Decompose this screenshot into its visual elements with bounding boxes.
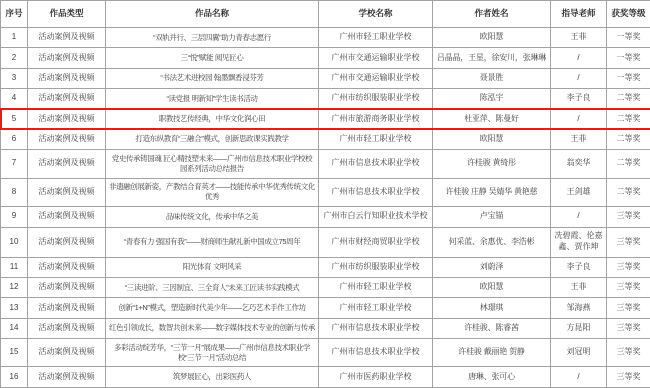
cell-type: 活动案例及视频	[28, 227, 106, 257]
cell-type: 活动案例及视频	[28, 28, 106, 48]
cell-teacher: 刘冠明	[551, 338, 607, 367]
cell-award: 二等奖	[607, 150, 650, 179]
cell-no: 11	[1, 257, 28, 277]
table-row: 8 活动案例及视频 非遗融创展新姿，产教结合育英才——技能传承中华优秀传统文化优…	[1, 178, 650, 207]
cell-title: 阳光体育 文明风采	[106, 257, 319, 277]
cell-title: 筑梦展匠心，出彩医药人	[106, 367, 319, 388]
cell-type: 活动案例及视频	[28, 207, 106, 227]
awards-table: 序号 作品类型 作品名称 学校名称 作者姓名 指导老师 获奖等级 1 活动案例及…	[0, 0, 650, 388]
cell-authors: 欧阳慧	[433, 129, 551, 149]
cell-no: 1	[1, 28, 28, 48]
cell-no: 14	[1, 318, 28, 338]
table-row: 6 活动案例及视频 打造东纵教育“三融合”模式，创新思政课实践教学 广州市轻工职…	[1, 129, 650, 149]
table-row: 15 活动案例及视频 多彩活动绽芳华，“三节一月”展成果——广州市信息技术职业学…	[1, 338, 650, 367]
cell-type: 活动案例及视频	[28, 68, 106, 88]
cell-teacher: 李子良	[551, 257, 607, 277]
cell-title: 职教技艺传经典，中华文化润心田	[106, 109, 319, 129]
cell-teacher: 方昆阳	[551, 318, 607, 338]
cell-school: 广州市轻工职业学校	[319, 28, 433, 48]
cell-type: 活动案例及视频	[28, 257, 106, 277]
cell-school: 广州市轻工职业学校	[319, 129, 433, 149]
column-header-no: 序号	[1, 1, 28, 28]
cell-title: 非遗融创展新姿，产教结合育英才——技能传承中华优秀传统文化优秀	[106, 178, 319, 207]
cell-award: 三等奖	[607, 227, 650, 257]
cell-authors: 许桂骏、陈睿茜	[433, 318, 551, 338]
cell-school: 广州市信息技术职业学校	[319, 318, 433, 338]
cell-title: 红色引领成长，数智共创未来——数字媒体技术专业的创新与传承	[106, 318, 319, 338]
cell-no: 9	[1, 207, 28, 227]
cell-authors: 欧阳慧	[433, 28, 551, 48]
cell-authors: 聂景胜	[433, 68, 551, 88]
cell-title: 创新“1+N”模式，塑造新时代美少年——乞巧艺术手作工作坊	[106, 298, 319, 318]
cell-teacher: 王菲	[551, 28, 607, 48]
table-row: 16 活动案例及视频 筑梦展匠心，出彩医药人 广州市医药职业学校 唐琳、张可心 …	[1, 367, 650, 388]
cell-award: 二等奖	[607, 178, 650, 207]
cell-authors: 欧阳慧	[433, 277, 551, 297]
table-row: 4 活动案例及视频 “读党报 明新知”学生读书活动 广州市纺织服装职业学校 陈泓…	[1, 89, 650, 109]
table-body: 1 活动案例及视频 “双轨并行、三层四翼”助力青春志愿行 广州市轻工职业学校 欧…	[1, 28, 650, 388]
cell-type: 活动案例及视频	[28, 150, 106, 179]
cell-teacher: 翁奕华	[551, 150, 607, 179]
cell-title: 品味传统文化，传承中华之美	[106, 207, 319, 227]
cell-authors: 许桂骏 戴丽艳 贺静	[433, 338, 551, 367]
cell-award: 一等奖	[607, 48, 650, 68]
cell-no: 12	[1, 277, 28, 297]
cell-award: 三等奖	[607, 338, 650, 367]
cell-award: 三等奖	[607, 318, 650, 338]
cell-type: 活动案例及视频	[28, 129, 106, 149]
cell-type: 活动案例及视频	[28, 89, 106, 109]
cell-school: 广州市财经商贸职业学校	[319, 227, 433, 257]
cell-award: 三等奖	[607, 298, 650, 318]
cell-teacher: 王菲	[551, 129, 607, 149]
cell-no: 16	[1, 367, 28, 388]
cell-authors: 许桂骏 庄静 吴婧华 黄艳慈	[433, 178, 551, 207]
cell-teacher: 王菲	[551, 277, 607, 297]
cell-title: 多彩活动绽芳华，“三节一月”展成果——广州市信息技术职业学校“三节一月”活动总结	[106, 338, 319, 367]
cell-no: 8	[1, 178, 28, 207]
cell-no: 3	[1, 68, 28, 88]
cell-authors: 刘蔚泽	[433, 257, 551, 277]
table-row: 12 活动案例及视频 “三读进阶、三因制宜、三全育人”未来工匠读书实践模式 广州…	[1, 277, 650, 297]
table-row: 10 活动案例及视频 “青春有力 强国有我”——财商师生献礼新中国成立75周年 …	[1, 227, 650, 257]
cell-school: 广州市纺织服装职业学校	[319, 257, 433, 277]
cell-school: 广州市交通运输职业学校	[319, 68, 433, 88]
cell-title: “读党报 明新知”学生读书活动	[106, 89, 319, 109]
table-row: 13 活动案例及视频 创新“1+N”模式，塑造新时代美少年——乞巧艺术手作工作坊…	[1, 298, 650, 318]
cell-teacher: /	[551, 367, 607, 388]
cell-type: 活动案例及视频	[28, 367, 106, 388]
cell-teacher: 王剑雄	[551, 178, 607, 207]
cell-school: 广州市信息技术职业学校	[319, 338, 433, 367]
cell-title: “双轨并行、三层四翼”助力青春志愿行	[106, 28, 319, 48]
cell-authors: 林璟琪	[433, 298, 551, 318]
cell-type: 活动案例及视频	[28, 298, 106, 318]
table-row: 2 活动案例及视频 三“悦”赋能 阅见匠心 广州市交通运输职业学校 吕晶晶，王星…	[1, 48, 650, 68]
cell-authors: 杜亚萍、陈曼好	[433, 109, 551, 129]
column-header-title: 作品名称	[106, 1, 319, 28]
cell-award: 二等奖	[607, 129, 650, 149]
cell-school: 广州市轻工职业学校	[319, 298, 433, 318]
cell-type: 活动案例及视频	[28, 338, 106, 367]
cell-school: 广州市白云行知职业技术学校	[319, 207, 433, 227]
cell-teacher: /	[551, 68, 607, 88]
cell-authors: 陈泓宇	[433, 89, 551, 109]
cell-authors: 唐琳、张可心	[433, 367, 551, 388]
cell-teacher: /	[551, 48, 607, 68]
cell-type: 活动案例及视频	[28, 277, 106, 297]
table-row: 7 活动案例及视频 党史传承铸国魂 匠心精技塑未来——广州市信息技术职业学校校园…	[1, 150, 650, 179]
cell-school: 广州市信息技术职业学校	[319, 178, 433, 207]
cell-award: 三等奖	[607, 207, 650, 227]
cell-no: 7	[1, 150, 28, 179]
cell-award: 三等奖	[607, 367, 650, 388]
cell-no: 6	[1, 129, 28, 149]
cell-type: 活动案例及视频	[28, 109, 106, 129]
cell-no: 13	[1, 298, 28, 318]
cell-award: 三等奖	[607, 277, 650, 297]
cell-no: 10	[1, 227, 28, 257]
table-row: 1 活动案例及视频 “双轨并行、三层四翼”助力青春志愿行 广州市轻工职业学校 欧…	[1, 28, 650, 48]
cell-authors: 许桂骏 黄绮彤	[433, 150, 551, 179]
cell-award: 三等奖	[607, 257, 650, 277]
cell-no: 4	[1, 89, 28, 109]
table-row: 14 活动案例及视频 红色引领成长，数智共创未来——数字媒体技术专业的创新与传承…	[1, 318, 650, 338]
table-row: 9 活动案例及视频 品味传统文化，传承中华之美 广州市白云行知职业技术学校 卢宝…	[1, 207, 650, 227]
cell-school: 广州市交通运输职业学校	[319, 48, 433, 68]
column-header-authors: 作者姓名	[433, 1, 551, 28]
cell-school: 广州市信息技术职业学校	[319, 150, 433, 179]
cell-title: “青春有力 强国有我”——财商师生献礼新中国成立75周年	[106, 227, 319, 257]
header-row: 序号 作品类型 作品名称 学校名称 作者姓名 指导老师 获奖等级	[1, 1, 650, 28]
column-header-teacher: 指导老师	[551, 1, 607, 28]
cell-teacher: /	[551, 207, 607, 227]
cell-title: “三读进阶、三因制宜、三全育人”未来工匠读书实践模式	[106, 277, 319, 297]
cell-award: 一等奖	[607, 28, 650, 48]
cell-no: 2	[1, 48, 28, 68]
cell-teacher: 冼碧霞、伦嘉鑫、贾作坤	[551, 227, 607, 257]
column-header-school: 学校名称	[319, 1, 433, 28]
cell-title: 党史传承铸国魂 匠心精技塑未来——广州市信息技术职业学校校园系列活动总结报告	[106, 150, 319, 179]
cell-award: 二等奖	[607, 89, 650, 109]
cell-type: 活动案例及视频	[28, 318, 106, 338]
cell-teacher: /	[551, 109, 607, 129]
cell-type: 活动案例及视频	[28, 48, 106, 68]
cell-school: 广州市轻工职业学校	[319, 277, 433, 297]
column-header-type: 作品类型	[28, 1, 106, 28]
cell-school: 广州市医药职业学校	[319, 367, 433, 388]
cell-teacher: 邹海燕	[551, 298, 607, 318]
cell-title: “书法艺术进校园 翰墨飘香浸芬芳	[106, 68, 319, 88]
cell-no: 15	[1, 338, 28, 367]
cell-authors: 卢宝锚	[433, 207, 551, 227]
cell-school: 广州市纺织服装职业学校	[319, 89, 433, 109]
table-row-highlighted: 5 活动案例及视频 职教技艺传经典，中华文化润心田 广州市旅游商务职业学校 杜亚…	[1, 109, 650, 129]
cell-award: 二等奖	[607, 109, 650, 129]
cell-authors: 何采蓝、余惠优、李浩彬	[433, 227, 551, 257]
cell-award: 一等奖	[607, 68, 650, 88]
cell-authors: 吕晶晶，王星，徐安川，张琳琳	[433, 48, 551, 68]
table-row: 11 活动案例及视频 阳光体育 文明风采 广州市纺织服装职业学校 刘蔚泽 李子良…	[1, 257, 650, 277]
cell-teacher: 李子良	[551, 89, 607, 109]
table-row: 3 活动案例及视频 “书法艺术进校园 翰墨飘香浸芬芳 广州市交通运输职业学校 聂…	[1, 68, 650, 88]
cell-school: 广州市旅游商务职业学校	[319, 109, 433, 129]
column-header-award: 获奖等级	[607, 1, 650, 28]
cell-no: 5	[1, 109, 28, 129]
cell-type: 活动案例及视频	[28, 178, 106, 207]
cell-title: 三“悦”赋能 阅见匠心	[106, 48, 319, 68]
cell-title: 打造东纵教育“三融合”模式，创新思政课实践教学	[106, 129, 319, 149]
